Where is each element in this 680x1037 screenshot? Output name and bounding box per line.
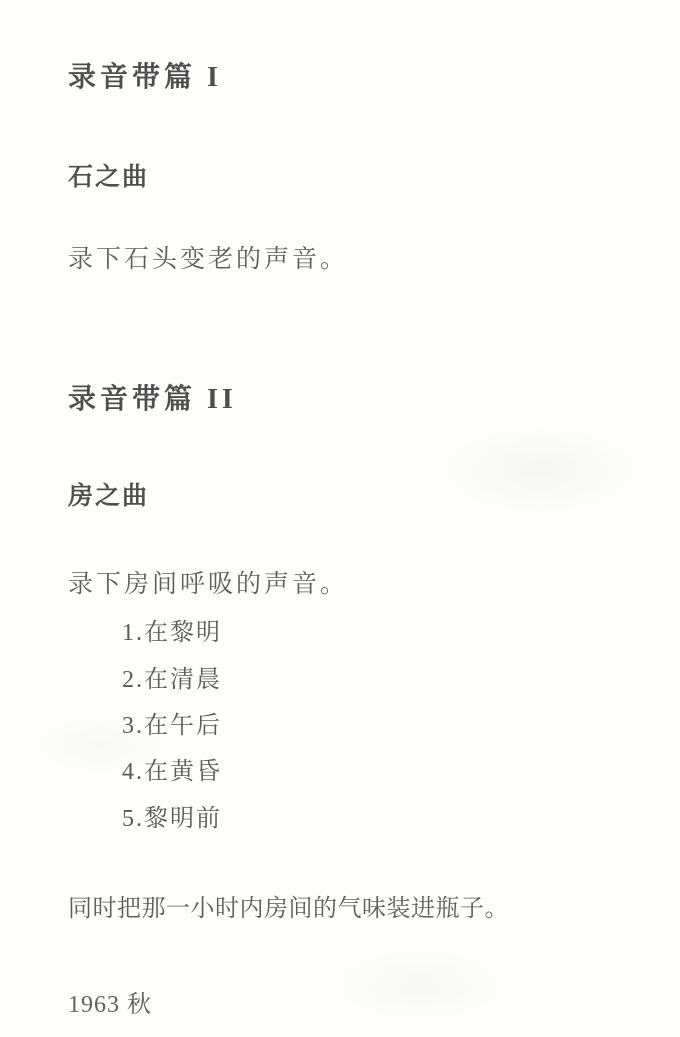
list-item-3-in-the-afternoon: 3.在午后 bbox=[122, 705, 222, 740]
scanned-book-page: 录音带篇 I 石之曲 录下石头变老的声音。 录音带篇 II 房之曲 录下房间呼吸… bbox=[0, 0, 680, 1037]
piece-title-stone-piece: 石之曲 bbox=[68, 157, 149, 193]
instruction-line-stone: 录下石头变老的声音。 bbox=[68, 239, 348, 275]
list-item-4-at-dusk: 4.在黄昏 bbox=[122, 751, 222, 786]
section-heading-tape-piece-2: 录音带篇 II bbox=[68, 377, 237, 417]
date-line: 1963 秋 bbox=[68, 984, 152, 1019]
list-item-5-before-dawn: 5.黎明前 bbox=[122, 798, 222, 833]
list-item-2-in-the-morning: 2.在清晨 bbox=[122, 659, 222, 694]
closing-instruction-line: 同时把那一小时内房间的气味装进瓶子。 bbox=[68, 888, 509, 923]
instruction-line-room: 录下房间呼吸的声音。 bbox=[68, 564, 348, 600]
section-heading-tape-piece-1: 录音带篇 I bbox=[68, 55, 222, 95]
piece-title-room-piece: 房之曲 bbox=[68, 476, 149, 512]
list-item-1-at-dawn: 1.在黎明 bbox=[122, 612, 222, 647]
